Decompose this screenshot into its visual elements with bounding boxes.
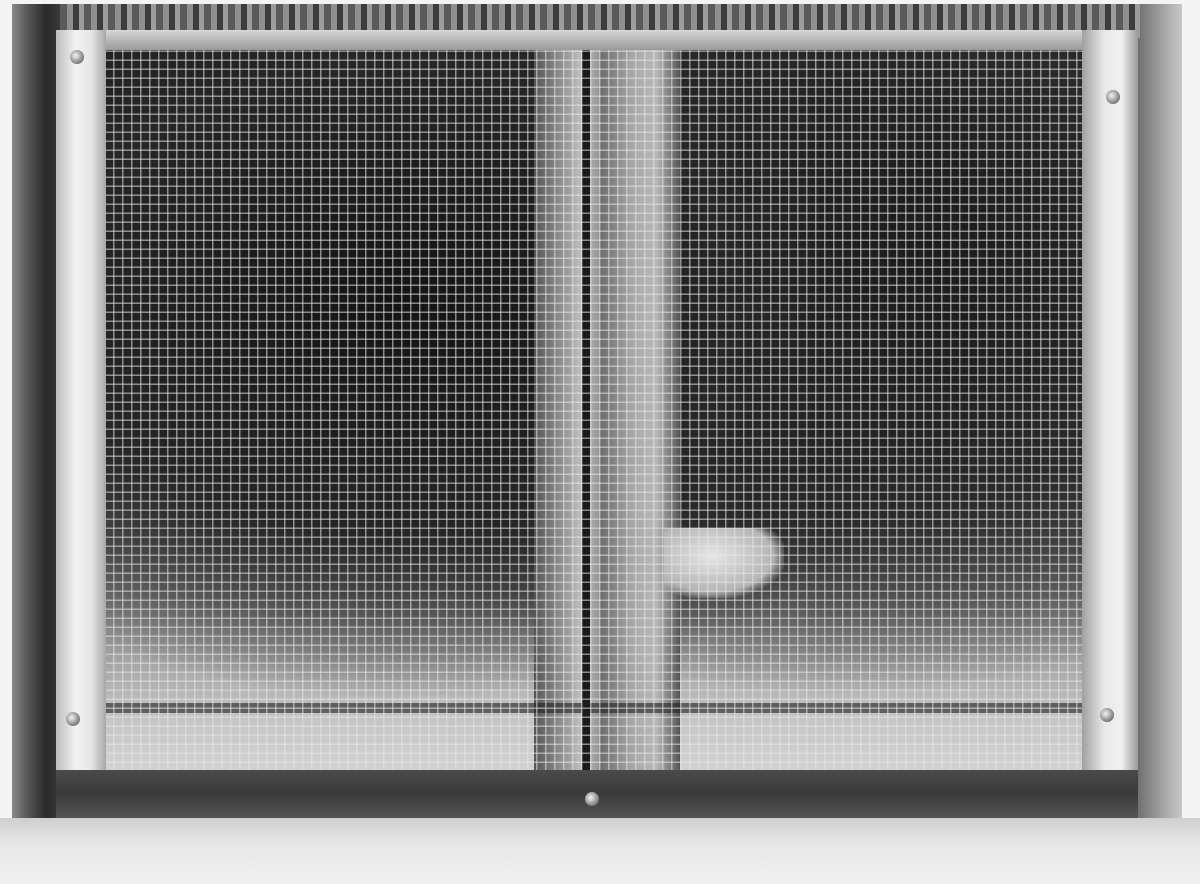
- wire-mesh: [104, 48, 1084, 772]
- bolt-icon: [70, 50, 84, 64]
- photograph: [0, 0, 1200, 884]
- bolt-icon: [585, 792, 599, 806]
- frame-left: [56, 30, 106, 770]
- bolt-icon: [1106, 90, 1120, 104]
- frame-right: [1082, 30, 1138, 770]
- bolt-icon: [66, 712, 80, 726]
- window-opening: [104, 48, 1084, 772]
- frame-top: [100, 30, 1090, 50]
- stone-sill: [0, 818, 1200, 884]
- left-wall: [12, 4, 60, 834]
- bolt-icon: [1100, 708, 1114, 722]
